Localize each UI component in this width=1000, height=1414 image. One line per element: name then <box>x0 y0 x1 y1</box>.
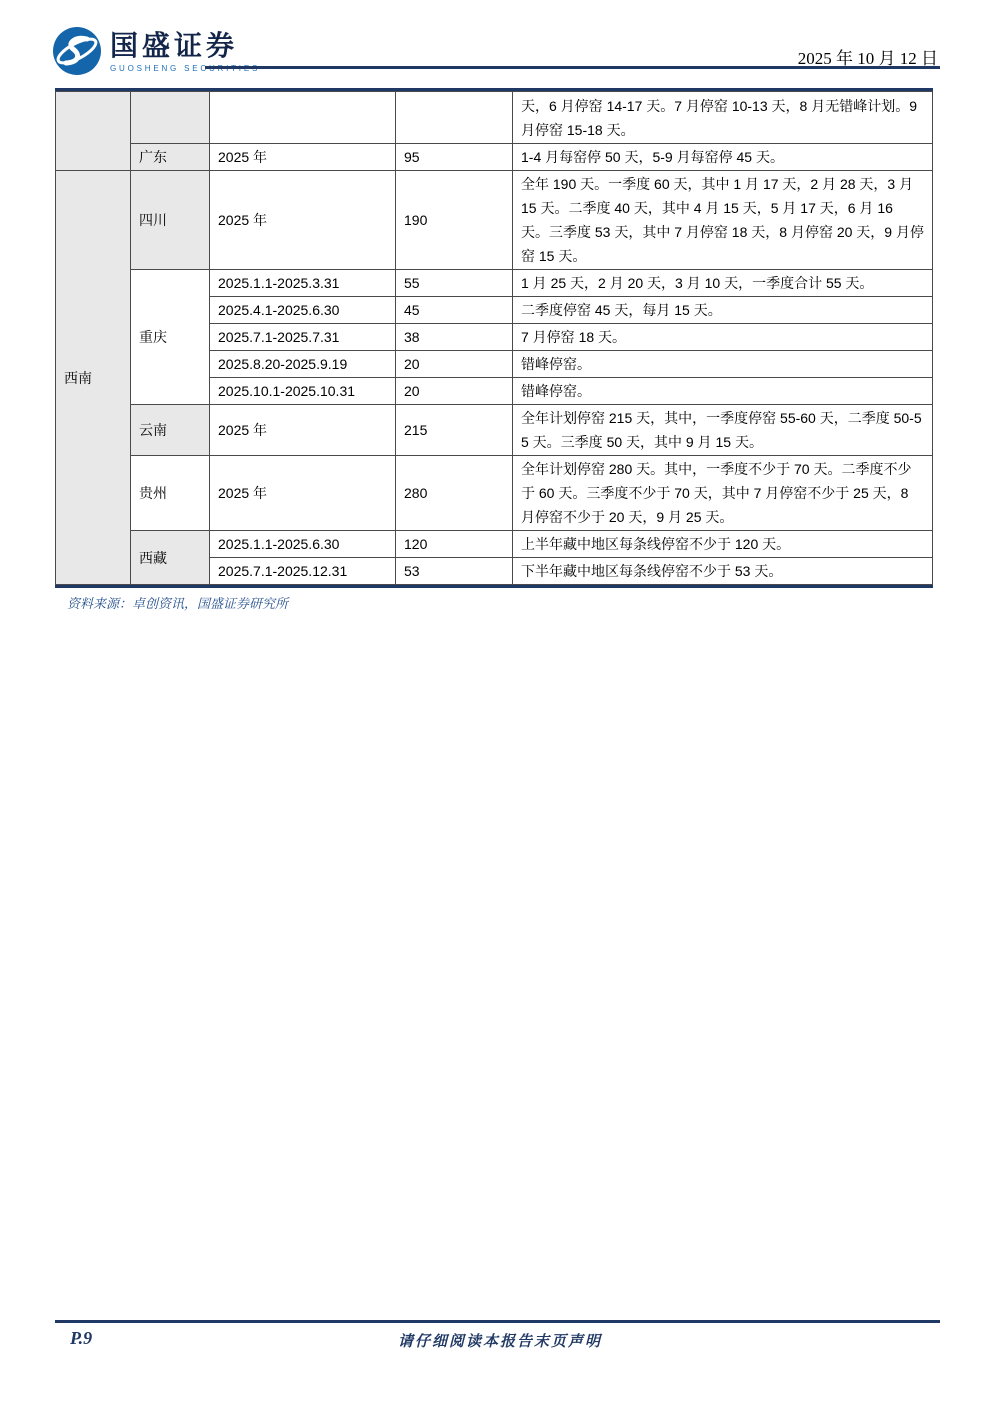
header-rule <box>205 66 940 69</box>
detail-cell: 错峰停窑。 <box>513 378 933 405</box>
days-cell: 215 <box>396 405 513 456</box>
region-cell: 西南 <box>56 171 131 585</box>
detail-cell: 天，6 月停窑 14-17 天。7 月停窑 10-13 天，8 月无错峰计划。9… <box>513 92 933 144</box>
detail-cell: 全年计划停窑 280 天。其中，一季度不少于 70 天。二季度不少于 60 天。… <box>513 456 933 531</box>
days-cell <box>396 92 513 144</box>
table-row: 天，6 月停窑 14-17 天。7 月停窑 10-13 天，8 月无错峰计划。9… <box>56 92 933 144</box>
province-cell: 广东 <box>131 144 210 171</box>
detail-cell: 下半年藏中地区每条线停窑不少于 53 天。 <box>513 558 933 585</box>
detail-cell: 1-4 月每窑停 50 天，5-9 月每窑停 45 天。 <box>513 144 933 171</box>
province-cell: 贵州 <box>131 456 210 531</box>
province-cell: 云南 <box>131 405 210 456</box>
detail-cell: 二季度停窑 45 天，每月 15 天。 <box>513 297 933 324</box>
period-cell: 2025.1.1-2025.3.31 <box>210 270 396 297</box>
period-cell: 2025.1.1-2025.6.30 <box>210 531 396 558</box>
days-cell: 53 <box>396 558 513 585</box>
period-cell <box>210 92 396 144</box>
footer-disclaimer: 请仔细阅读本报告末页声明 <box>0 1330 1000 1351</box>
table-row: 广东 2025 年 95 1-4 月每窑停 50 天，5-9 月每窑停 45 天… <box>56 144 933 171</box>
days-cell: 45 <box>396 297 513 324</box>
period-cell: 2025.7.1-2025.12.31 <box>210 558 396 585</box>
table-row: 西南 四川 2025 年 190 全年 190 天。一季度 60 天，其中 1 … <box>56 171 933 270</box>
source-note: 资料来源：卓创资讯，国盛证券研究所 <box>67 593 933 612</box>
period-cell: 2025 年 <box>210 456 396 531</box>
kiln-shutdown-table: 天，6 月停窑 14-17 天。7 月停窑 10-13 天，8 月无错峰计划。9… <box>55 88 933 588</box>
table-row: 云南 2025 年 215 全年计划停窑 215 天，其中，一季度停窑 55-6… <box>56 405 933 456</box>
province-cell <box>131 92 210 144</box>
period-cell: 2025.7.1-2025.7.31 <box>210 324 396 351</box>
logo-title: 国盛证券 <box>110 30 260 62</box>
table-row: 重庆 2025.1.1-2025.3.31 55 1 月 25 天，2 月 20… <box>56 270 933 297</box>
period-cell: 2025 年 <box>210 144 396 171</box>
days-cell: 20 <box>396 378 513 405</box>
detail-cell: 全年 190 天。一季度 60 天，其中 1 月 17 天，2 月 28 天，3… <box>513 171 933 270</box>
table-row: 贵州 2025 年 280 全年计划停窑 280 天。其中，一季度不少于 70 … <box>56 456 933 531</box>
province-cell: 重庆 <box>131 270 210 405</box>
days-cell: 55 <box>396 270 513 297</box>
days-cell: 20 <box>396 351 513 378</box>
detail-cell: 1 月 25 天，2 月 20 天，3 月 10 天，一季度合计 55 天。 <box>513 270 933 297</box>
days-cell: 95 <box>396 144 513 171</box>
detail-cell: 上半年藏中地区每条线停窑不少于 120 天。 <box>513 531 933 558</box>
period-cell: 2025 年 <box>210 171 396 270</box>
period-cell: 2025.8.20-2025.9.19 <box>210 351 396 378</box>
period-cell: 2025 年 <box>210 405 396 456</box>
period-cell: 2025.4.1-2025.6.30 <box>210 297 396 324</box>
days-cell: 190 <box>396 171 513 270</box>
table-row: 西藏 2025.1.1-2025.6.30 120 上半年藏中地区每条线停窑不少… <box>56 531 933 558</box>
region-cell <box>56 92 131 171</box>
page-content: 天，6 月停窑 14-17 天。7 月停窑 10-13 天，8 月无错峰计划。9… <box>55 88 933 612</box>
report-page: 国盛证券 GUOSHENG SECURITIES 2025 年 10 月 12 … <box>0 0 1000 1414</box>
province-cell: 四川 <box>131 171 210 270</box>
days-cell: 280 <box>396 456 513 531</box>
days-cell: 120 <box>396 531 513 558</box>
detail-cell: 全年计划停窑 215 天，其中，一季度停窑 55-60 天，二季度 50-55 … <box>513 405 933 456</box>
province-cell: 西藏 <box>131 531 210 585</box>
detail-cell: 错峰停窑。 <box>513 351 933 378</box>
period-cell: 2025.10.1-2025.10.31 <box>210 378 396 405</box>
days-cell: 38 <box>396 324 513 351</box>
data-table: 天，6 月停窑 14-17 天。7 月停窑 10-13 天，8 月无错峰计划。9… <box>55 91 933 585</box>
detail-cell: 7 月停窑 18 天。 <box>513 324 933 351</box>
guosheng-logo-icon <box>52 26 102 76</box>
footer-rule <box>55 1320 940 1323</box>
